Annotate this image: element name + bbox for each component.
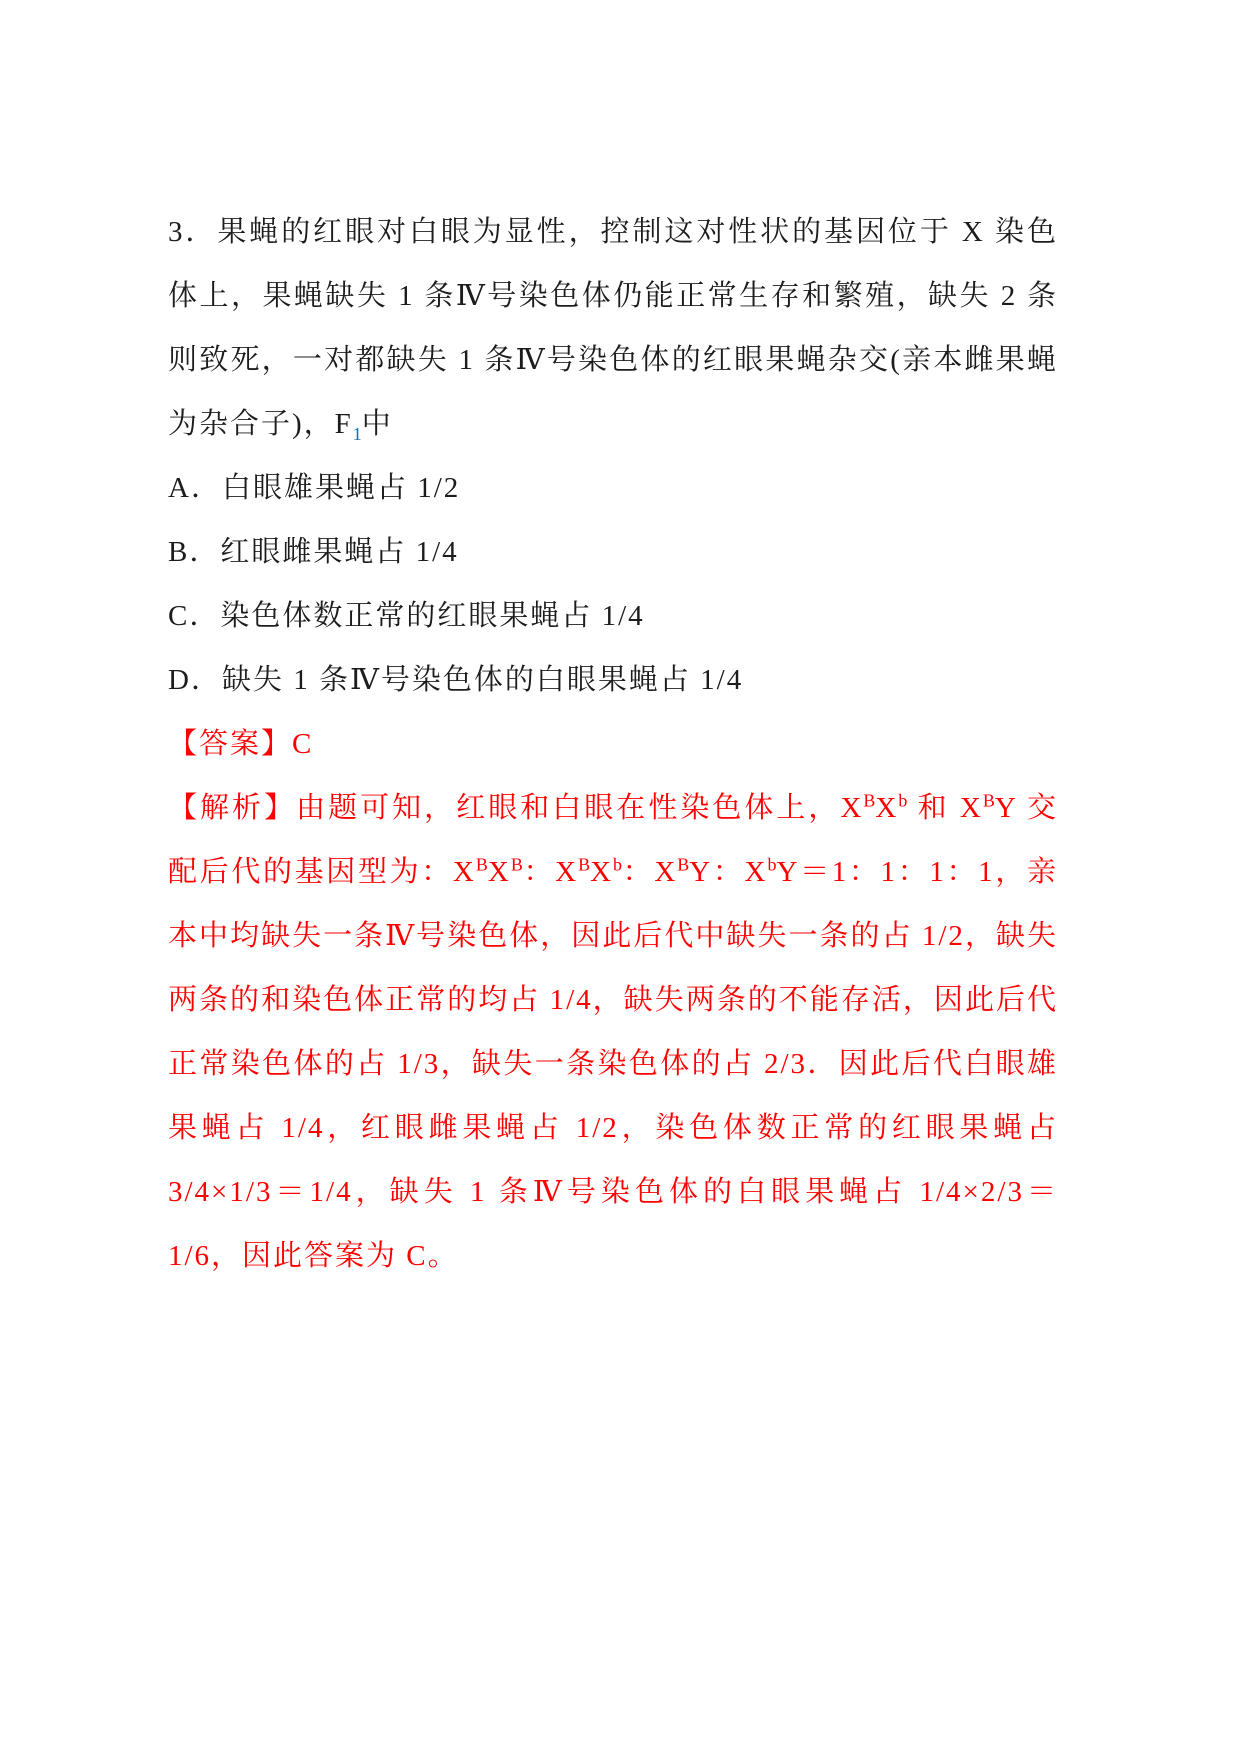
analysis-text: 【解析】由题可知，红眼和白眼在性染色体上，XBXb 和 XBY 交配后代的基因型… (168, 776, 1058, 1288)
option-b: B．红眼雌果蝇占 1/4 (168, 520, 1058, 584)
question-text: 3．果蝇的红眼对白眼为显性，控制这对性状的基因位于 X 染色体上，果蝇缺失 1 … (168, 200, 1058, 456)
answer-line: 【答案】C (168, 712, 1058, 776)
document-page: 3．果蝇的红眼对白眼为显性，控制这对性状的基因位于 X 染色体上，果蝇缺失 1 … (168, 200, 1058, 1288)
option-d: D．缺失 1 条Ⅳ号染色体的白眼果蝇占 1/4 (168, 648, 1058, 712)
answer-value: C (292, 728, 313, 760)
option-a: A．白眼雄果蝇占 1/2 (168, 456, 1058, 520)
option-c: C．染色体数正常的红眼果蝇占 1/4 (168, 584, 1058, 648)
answer-label: 【答案】 (168, 728, 292, 760)
